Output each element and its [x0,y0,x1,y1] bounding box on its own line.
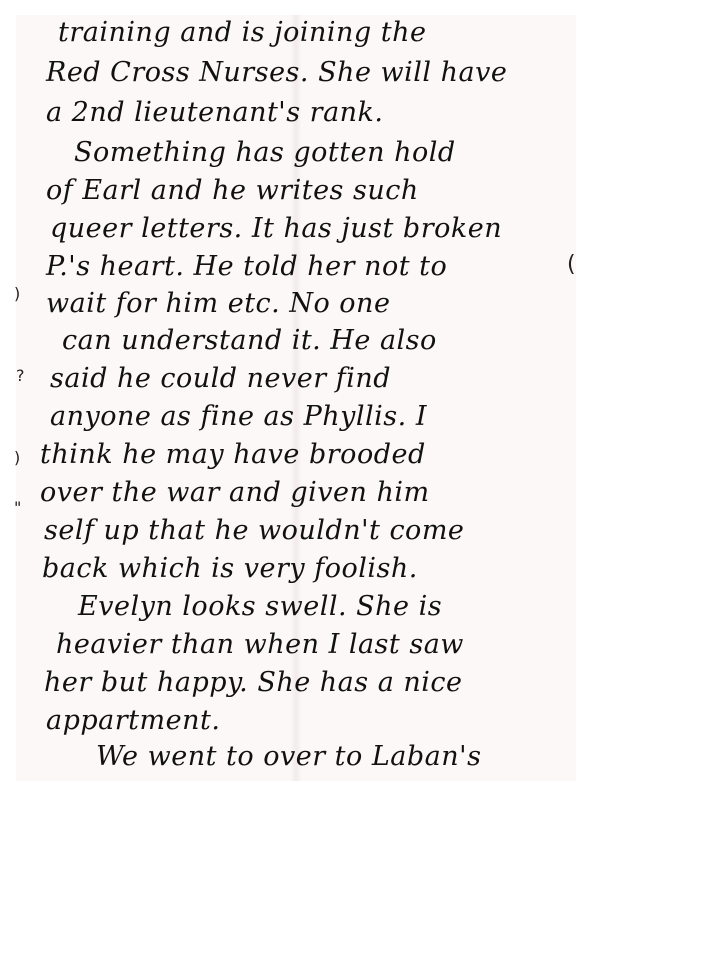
text-line: anyone as fine as Phyllis. I [50,401,427,432]
text-line: wait for him etc. No one [46,288,390,319]
text-line: Something has gotten hold [74,137,456,168]
text-line: heavier than when I last saw [56,629,464,660]
text-line: back which is very foolish. [42,553,418,584]
text-line: her but happy. She has a nice [44,667,463,698]
left-margin-mark: ) [14,448,20,467]
text-line: Evelyn looks swell. She is [78,591,442,622]
handwritten-text: training and is joining the Red Cross Nu… [16,15,576,781]
text-line: self up that he wouldn't come [44,515,464,546]
text-line: said he could never find [50,363,391,394]
left-margin-mark: " [14,498,21,517]
text-line: queer letters. It has just broken [50,213,502,244]
left-margin-mark: ) [14,284,20,303]
left-margin-mark: ? [16,366,25,385]
text-line: appartment. [46,705,220,736]
text-line: Red Cross Nurses. She will have [46,57,507,88]
text-line: P.'s heart. He told her not to [46,251,447,282]
text-line: We went to over to Laban's [96,741,481,772]
right-margin-mark: ( [567,252,576,277]
text-line: can understand it. He also [62,325,437,356]
text-line: training and is joining the [58,17,426,48]
text-line: think he may have brooded [40,439,426,470]
text-line: of Earl and he writes such [46,175,419,206]
text-line: over the war and given him [40,477,430,508]
text-line: a 2nd lieutenant's rank. [46,97,384,128]
letter-page: training and is joining the Red Cross Nu… [16,15,576,781]
